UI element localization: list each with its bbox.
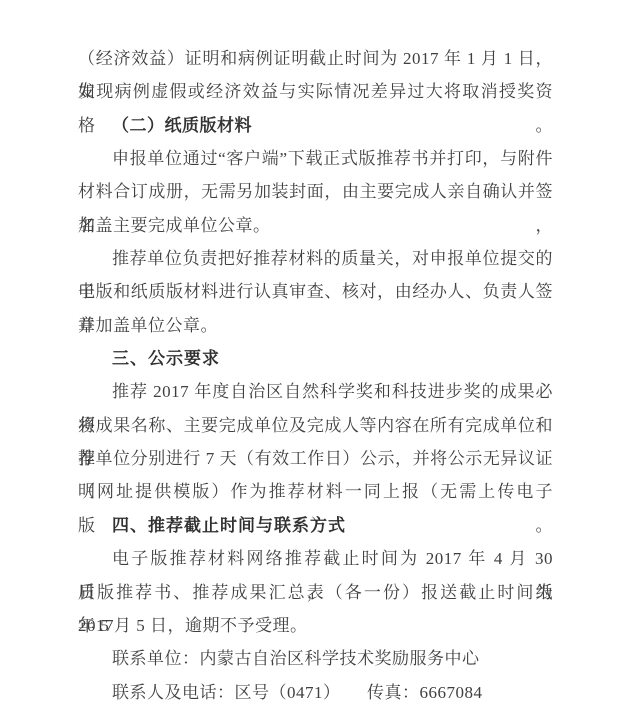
doc-line: 将成果名称、主要完成单位及完成人等内容在所有完成单位和推: [78, 409, 553, 442]
contact-phone-line: 联系人及电话：区号（0471） 传真：6667084: [78, 676, 553, 709]
doc-line: 荐单位分别进行 7 天（有效工作日）公示，并将公示无异议证明: [78, 442, 553, 475]
doc-line: 推荐 2017 年度自治区自然科学奖和科技进步奖的成果必须: [78, 375, 553, 408]
doc-line: 电子版推荐材料网络推荐截止时间为 2017 年 4 月 30 日，纸: [78, 542, 553, 575]
doc-line: 年 5 月 5 日，逾期不予受理。: [78, 609, 553, 642]
contact-unit-line: 联系单位：内蒙古自治区科学技术奖励服务中心: [78, 642, 553, 675]
doc-line: 推荐单位负责把好推荐材料的质量关，对申报单位提交的电: [78, 242, 553, 275]
heading-publicity-requirements: 三、公示要求: [78, 342, 553, 375]
doc-line: 申报单位通过“客户端”下载正式版推荐书并打印，与附件: [78, 142, 553, 175]
doc-line: 并加盖单位公章。: [78, 309, 553, 342]
document-text-block: （经济效益）证明和病例证明截止时间为 2017 年 1 月 1 日，如 发现病例…: [78, 42, 553, 709]
doc-line: （网址提供模版）作为推荐材料一同上报（无需上传电子版）。: [78, 475, 553, 508]
doc-line: 质版推荐书、推荐成果汇总表（各一份）报送截止时间为 2017: [78, 576, 553, 609]
doc-line: 材料合订成册，无需另加装封面，由主要完成人亲自确认并签名，: [78, 175, 553, 208]
doc-line: 发现病例虚假或经济效益与实际情况差异过大将取消授奖资格。: [78, 75, 553, 108]
doc-line: 子版和纸质版材料进行认真审查、核对，由经办人、负责人签章: [78, 275, 553, 308]
doc-line: （经济效益）证明和病例证明截止时间为 2017 年 1 月 1 日，如: [78, 42, 553, 75]
document-page: （经济效益）证明和病例证明截止时间为 2017 年 1 月 1 日，如 发现病例…: [0, 0, 634, 720]
